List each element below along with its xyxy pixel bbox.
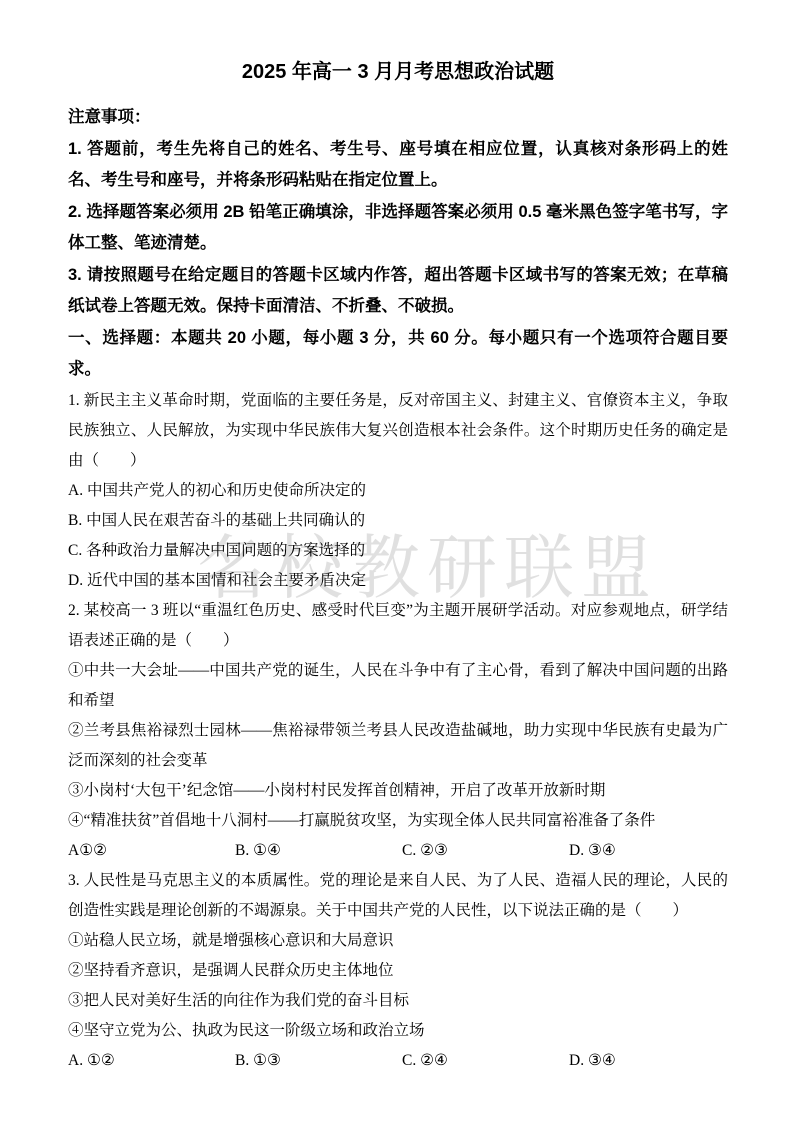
question-3-statement-2: ②坚持看齐意识，是强调人民群众历史主体地位 <box>68 956 728 986</box>
notice-item-1: 1. 答题前，考生先将自己的姓名、考生号、座号填在相应位置，认真核对条形码上的姓… <box>68 134 728 197</box>
page-content: 2025 年高一 3 月月考思想政治试题 注意事项： 1. 答题前，考生先将自己… <box>0 0 794 1076</box>
question-3: 3. 人民性是马克思主义的本质属性。党的理论是来自人民、为了人民、造福人民的理论… <box>68 866 728 1076</box>
question-3-stem: 3. 人民性是马克思主义的本质属性。党的理论是来自人民、为了人民、造福人民的理论… <box>68 866 728 926</box>
notice-section: 注意事项： 1. 答题前，考生先将自己的姓名、考生号、座号填在相应位置，认真核对… <box>68 102 728 323</box>
question-2: 2. 某校高一 3 班以“重温红色历史、感受时代巨变”为主题开展研学活动。对应参… <box>68 596 728 866</box>
question-2-options-row: A①② B. ①④ C. ②③ D. ③④ <box>68 836 728 866</box>
question-2-statement-3: ③小岗村‘大包干’纪念馆——小岗村村民发挥首创精神，开启了改革开放新时期 <box>68 776 728 806</box>
question-2-stem: 2. 某校高一 3 班以“重温红色历史、感受时代巨变”为主题开展研学活动。对应参… <box>68 596 728 656</box>
exam-title: 2025 年高一 3 月月考思想政治试题 <box>68 56 728 88</box>
question-2-option-b: B. ①④ <box>235 836 402 866</box>
question-3-statement-1: ①站稳人民立场，就是增强核心意识和大局意识 <box>68 926 728 956</box>
question-1-option-a: A. 中国共产党人的初心和历史使命所决定的 <box>68 476 728 506</box>
notice-heading: 注意事项： <box>68 102 728 134</box>
question-2-statement-1: ①中共一大会址——中国共产党的诞生，人民在斗争中有了主心骨，看到了解决中国问题的… <box>68 656 728 716</box>
question-1: 1. 新民主主义革命时期，党面临的主要任务是，反对帝国主义、封建主义、官僚资本主… <box>68 386 728 596</box>
question-2-statement-2: ②兰考县焦裕禄烈士园林——焦裕禄带领兰考县人民改造盐碱地，助力实现中华民族有史最… <box>68 716 728 776</box>
exam-page: 名校教研联盟 2025 年高一 3 月月考思想政治试题 注意事项： 1. 答题前… <box>0 0 794 1123</box>
question-2-option-c: C. ②③ <box>402 836 569 866</box>
notice-item-2: 2. 选择题答案必须用 2B 铅笔正确填涂，非选择题答案必须用 0.5 毫米黑色… <box>68 197 728 260</box>
section-heading: 一、选择题：本题共 20 小题，每小题 3 分，共 60 分。每小题只有一个选项… <box>68 323 728 386</box>
question-3-option-c: C. ②④ <box>402 1046 569 1076</box>
question-1-option-b: B. 中国人民在艰苦奋斗的基础上共同确认的 <box>68 506 728 536</box>
question-1-option-d: D. 近代中国的基本国情和社会主要矛盾决定 <box>68 566 728 596</box>
question-3-options-row: A. ①② B. ①③ C. ②④ D. ③④ <box>68 1046 728 1076</box>
question-1-option-c: C. 各种政治力量解决中国问题的方案选择的 <box>68 536 728 566</box>
notice-item-3: 3. 请按照题号在给定题目的答题卡区域内作答，超出答题卡区域书写的答案无效；在草… <box>68 260 728 323</box>
question-2-option-a: A①② <box>68 836 235 866</box>
question-2-option-d: D. ③④ <box>569 836 728 866</box>
question-3-option-a: A. ①② <box>68 1046 235 1076</box>
question-3-statement-3: ③把人民对美好生活的向往作为我们党的奋斗目标 <box>68 986 728 1016</box>
question-3-option-b: B. ①③ <box>235 1046 402 1076</box>
question-1-stem: 1. 新民主主义革命时期，党面临的主要任务是，反对帝国主义、封建主义、官僚资本主… <box>68 386 728 476</box>
question-2-statement-4: ④“精准扶贫”首倡地十八洞村——打赢脱贫攻坚，为实现全体人民共同富裕准备了条件 <box>68 806 728 836</box>
question-3-statement-4: ④坚守立党为公、执政为民这一阶级立场和政治立场 <box>68 1016 728 1046</box>
question-3-option-d: D. ③④ <box>569 1046 728 1076</box>
